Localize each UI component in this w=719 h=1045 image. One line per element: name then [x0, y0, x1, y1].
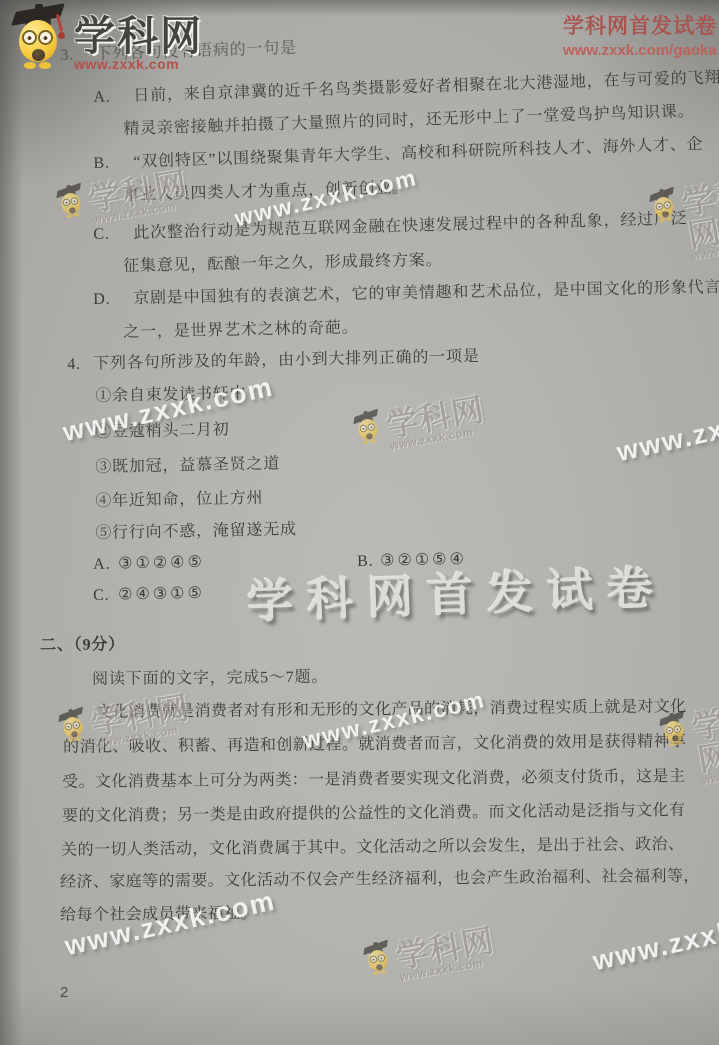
- zxxk-logo-url: www.zxxk.com: [74, 56, 203, 72]
- header-right-title: 学科网首发试卷: [563, 10, 717, 40]
- q4-choice-a-label: A.: [93, 556, 118, 574]
- zxxk-mascot-icon: [55, 183, 89, 221]
- section-2-heading: 二、（9分）: [40, 631, 125, 655]
- q3-option-b-text-1: “双创特区”以围绕聚集青年大学生、高校和科研院所科技人才、海外人才、企: [133, 136, 703, 171]
- q3-option-c-line-2: 征集意见，酝酿一年之久，形成最终方案。: [123, 247, 443, 276]
- zxxk-mascot-icon: [362, 940, 396, 978]
- q4-choice-a-value: ③①②④⑤: [118, 552, 205, 573]
- header-right-url: www.zxxk.com/gaoka: [563, 42, 717, 59]
- watermark-url-3: www.zxxk.com: [614, 391, 719, 468]
- q4-item-5: ⑤行行向不惑，淹留遂无成: [95, 516, 297, 543]
- q3-option-d-line-2: 之一，是世界艺术之林的奇葩。: [123, 314, 359, 342]
- q3-option-b-label: B.: [93, 154, 134, 173]
- watermark-url-6: www.zxxk.com: [590, 900, 719, 977]
- watermark-banner: 学科网首发试卷: [246, 551, 668, 632]
- zxxk-mascot-icon: [352, 409, 386, 447]
- zxxk-mascot-icon: [12, 5, 70, 71]
- question-4-stem: 下列各句所涉及的年龄，由小到大排列正确的一项是: [93, 348, 480, 372]
- zxxk-mascot-icon: [658, 711, 692, 749]
- zxxk-logo: 学科网 www.zxxk.com: [12, 5, 203, 72]
- question-4-line: 4.下列各句所涉及的年龄，由小到大排列正确的一项是: [67, 343, 480, 374]
- zxxk-logo-text: 学科网: [74, 15, 203, 57]
- watermark-url-5: www.zxxk.com: [62, 885, 279, 962]
- passage-line-3: 受。文化消费基本上可分为两类：一是消费者要实现文化消费，必须支付货币，这是主: [62, 763, 685, 792]
- question-4-number: 4.: [67, 355, 93, 373]
- q3-option-d-label: D.: [93, 290, 133, 309]
- section-2-intro: 阅读下面的文字，完成5～7题。: [92, 664, 328, 689]
- q4-item-3: ③既加冠，益慕圣贤之道: [95, 450, 280, 477]
- q3-option-d-line-1: D.京剧是中国独有的表演艺术，它的审美情趣和艺术品位，是中国文化的形象代言: [93, 274, 719, 309]
- q4-choice-c-label: C.: [93, 587, 118, 605]
- zxxk-mascot-icon: [648, 187, 682, 225]
- watermark-logo-6: 学科网www.zxxk.com: [362, 922, 499, 989]
- watermark-logo-3: 学科网www.zxxk.com: [352, 391, 489, 458]
- q3-option-d-text-1: 京剧是中国独有的表演艺术，它的审美情趣和艺术品位，是中国文化的形象代言: [133, 279, 719, 307]
- header-right-banner: 学科网首发试卷 www.zxxk.com/gaoka: [563, 10, 717, 59]
- passage-line-5: 关的一切人类活动，文化消费属于其中。文化活动之所以会发生，是出于社会、政治、: [61, 831, 684, 860]
- scanned-exam-page: 3.下列各句没有语病的一句是 A.日前，来自京津冀的近千名鸟类摄影爱好者相聚在北…: [0, 0, 719, 1045]
- q3-option-c-label: C.: [93, 225, 133, 244]
- zxxk-mascot-icon: [57, 707, 91, 745]
- q4-item-4: ④年近知命，位止方州: [95, 485, 263, 511]
- q4-choice-a: A.③①②④⑤: [93, 552, 205, 574]
- q3-option-c-text-1: 此次整治行动是为规范互联网金融在快速发展过程中的各种乱象，经过广泛: [133, 210, 688, 242]
- passage-line-4: 要的文化消费；另一类是由政府提供的公益性的文化消费。而文化活动是泛指与文化有: [62, 797, 685, 826]
- q3-option-a-label: A.: [93, 88, 134, 107]
- q4-choice-c-value: ②④③①⑤: [118, 583, 205, 604]
- passage-line-6: 经济、家庭等的需要。文化活动不仅会产生经济福利，也会产生政治福利、社会福利等，: [60, 863, 700, 892]
- q4-choice-c: C.②④③①⑤: [93, 583, 205, 605]
- page-number: 2: [60, 984, 68, 1001]
- watermark-logo-2: 学科网www.zxxk.com: [648, 172, 719, 269]
